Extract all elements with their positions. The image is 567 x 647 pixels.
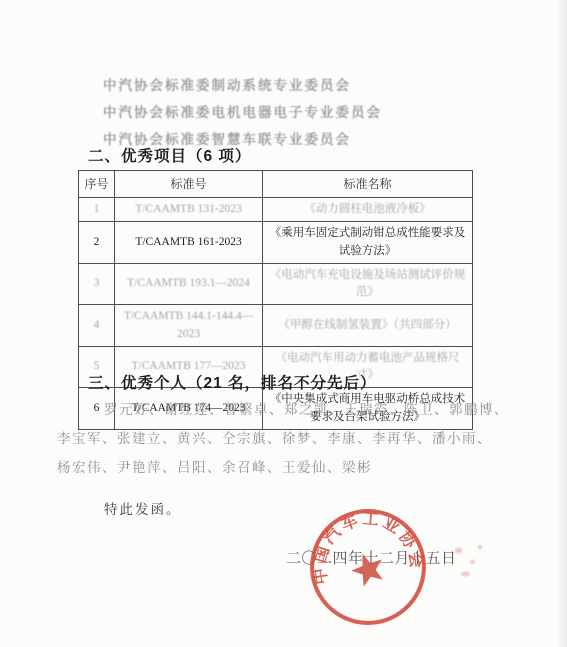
cell-no: 1: [79, 198, 115, 222]
awardee-names: 罗元好、谢红莲、曾繁卓、郑之凯、王瑞霞、陈卫、郭鹏博、 李宝军、张建立、黄兴、仝…: [57, 395, 513, 482]
ink-speckle: [461, 572, 470, 576]
col-header-code: 标准号: [115, 171, 263, 198]
official-seal: 中国汽车工业协会: [299, 498, 437, 636]
cell-name: 《动力圆柱电池液冷板》: [263, 198, 473, 222]
cell-name: 《甲醇在线制氢装置》（共四部分）: [263, 305, 473, 347]
cell-code: T/CAAMTB 161-2023: [115, 222, 263, 264]
col-header-name: 标准名称: [263, 171, 473, 198]
committee-line: 中汽协会标准委制动系统专业委员会: [103, 72, 382, 99]
closing-phrase: 特此发函。: [104, 498, 182, 518]
table-header-row: 序号 标准号 标准名称: [79, 171, 473, 198]
committee-line: 中汽协会标准委电机电器电子专业委员会: [103, 99, 382, 126]
names-line: 李宝军、张建立、黄兴、仝宗旗、徐梦、李康、李再华、潘小雨、: [57, 424, 513, 453]
table-row: 2 T/CAAMTB 161-2023 《乘用车固定式制动钳总成性能要求及试验方…: [79, 222, 473, 264]
cell-code: T/CAAMTB 144.1-144.4—2023: [115, 305, 263, 347]
section2-heading: 二、优秀项目（6 项）: [88, 144, 251, 166]
document-page: 中汽协会标准委制动系统专业委员会 中汽协会标准委电机电器电子专业委员会 中汽协会…: [0, 0, 567, 647]
cell-no: 3: [79, 263, 115, 305]
seal-star-icon: [347, 548, 389, 589]
col-header-no: 序号: [79, 171, 115, 198]
cell-name: 《乘用车固定式制动钳总成性能要求及试验方法》: [263, 222, 473, 264]
ink-speckle: [478, 545, 482, 549]
cell-no: 4: [79, 305, 115, 347]
ink-speckle: [470, 560, 475, 564]
cell-code: T/CAAMTB 193.1—2024: [115, 263, 263, 305]
committee-signature-block: 中汽协会标准委制动系统专业委员会 中汽协会标准委电机电器电子专业委员会 中汽协会…: [103, 72, 382, 153]
names-line: 杨宏伟、尹艳萍、吕阳、余召峰、王爱仙、梁彬: [57, 453, 513, 482]
seal-graphic: 中国汽车工业协会: [299, 498, 437, 636]
cell-code: T/CAAMTB 131-2023: [115, 198, 263, 222]
table-row: 4 T/CAAMTB 144.1-144.4—2023 《甲醇在线制氢装置》（共…: [79, 305, 473, 347]
cell-name: 《电动汽车充电设施及场站测试评价规范》: [263, 263, 473, 305]
names-line: 罗元好、谢红莲、曾繁卓、郑之凯、王瑞霞、陈卫、郭鹏博、: [57, 395, 513, 424]
cell-no: 2: [79, 222, 115, 264]
table-row: 1 T/CAAMTB 131-2023 《动力圆柱电池液冷板》: [79, 198, 473, 222]
section3-heading: 三、优秀个人（21 名，排名不分先后）: [88, 371, 377, 393]
table-row: 3 T/CAAMTB 193.1—2024 《电动汽车充电设施及场站测试评价规范…: [79, 263, 473, 305]
ink-speckle: [455, 548, 462, 553]
scan-edge-shadow: [557, 0, 567, 647]
